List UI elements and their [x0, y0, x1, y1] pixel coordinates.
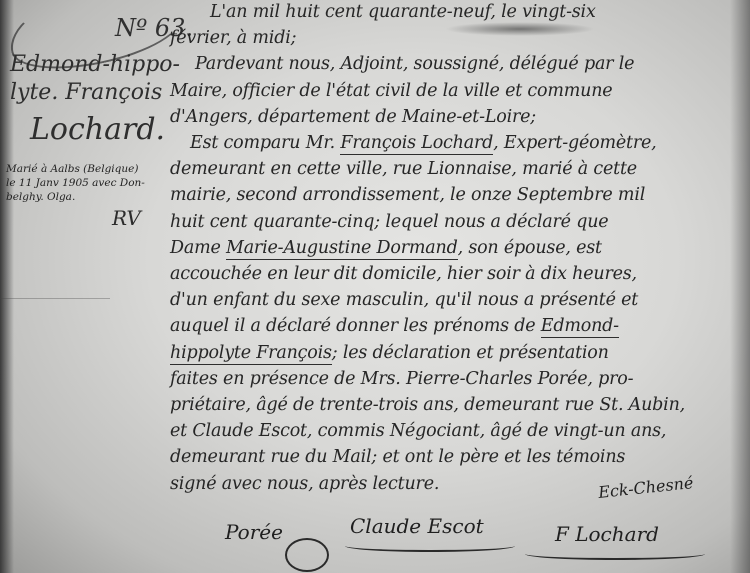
register-text-line: Est comparu Mr. François Lochard, Expert… — [190, 133, 657, 153]
margin-subject-name-line-1: Edmond-hippo- — [10, 52, 180, 77]
register-text-line: d'Angers, département de Maine-et-Loire; — [170, 107, 536, 127]
text-segment: ; les déclaration et présentation — [332, 343, 609, 363]
text-segment: auquel il a déclaré donner les prénoms d… — [170, 316, 541, 336]
register-text-line: huit cent quarante-cinq; lequel nous a d… — [170, 212, 608, 232]
signatures-row: Porée Claude Escot F Lochard — [205, 512, 750, 573]
text-segment: Est comparu Mr. — [190, 133, 340, 153]
register-text-line: demeurant en cette ville, rue Lionnaise,… — [170, 159, 637, 179]
father-signature-lochard: F Lochard — [555, 522, 659, 546]
margin-subject-name-line-2: lyte. François — [10, 80, 162, 105]
register-text-line: priétaire, âgé de trente-trois ans, deme… — [170, 395, 685, 415]
signature-flourish — [525, 548, 705, 560]
scanned-register-page: Nº 63. Edmond-hippo- lyte. François Loch… — [0, 0, 750, 573]
officer-signature: Eck-Chesné — [597, 473, 694, 502]
register-text-line: L'an mil huit cent quarante-neuf, le vin… — [210, 2, 596, 22]
text-segment: , son épouse, est — [458, 238, 602, 258]
underlined-name: Marie-Augustine Dormand — [226, 238, 458, 260]
register-text-line: hippolyte François; les déclaration et p… — [170, 343, 609, 363]
register-text-line: signé avec nous, après lecture. — [170, 474, 439, 494]
register-text-line: accouchée en leur dit domicile, hier soi… — [170, 264, 637, 284]
underlined-name: hippolyte François — [170, 343, 332, 365]
witness-signature-escot: Claude Escot — [350, 514, 484, 538]
register-text-line: d'un enfant du sexe masculin, qu'il nous… — [170, 290, 638, 310]
signature-flourish — [345, 540, 515, 552]
underlined-name: François Lochard — [340, 133, 493, 155]
register-text-line: mairie, second arrondissement, le onze S… — [170, 185, 645, 205]
ink-stain — [445, 22, 595, 36]
margin-initials: RV — [112, 206, 141, 230]
faded-ruled-line — [0, 298, 110, 299]
register-text-line: demeurant rue du Mail; et ont le père et… — [170, 447, 625, 467]
register-text-line: Dame Marie-Augustine Dormand, son épouse… — [170, 238, 602, 258]
text-segment: Dame — [170, 238, 226, 258]
text-segment: , Expert-géomètre, — [493, 133, 656, 153]
register-text-line: auquel il a déclaré donner les prénoms d… — [170, 316, 619, 336]
register-text-line: et Claude Escot, commis Négociant, âgé d… — [170, 421, 666, 441]
register-text-line: février, à midi; — [170, 28, 296, 48]
margin-subject-name-line-3: Lochard. — [30, 112, 165, 147]
witness-signature-poree: Porée — [225, 520, 283, 544]
signature-flourish — [285, 538, 329, 572]
register-text-line: Maire, officier de l'état civil de la vi… — [170, 81, 612, 101]
underlined-name: Edmond- — [541, 316, 619, 338]
register-text-line: Pardevant nous, Adjoint, soussigné, délé… — [195, 54, 634, 74]
register-text-line: faites en présence de Mrs. Pierre-Charle… — [170, 369, 633, 389]
